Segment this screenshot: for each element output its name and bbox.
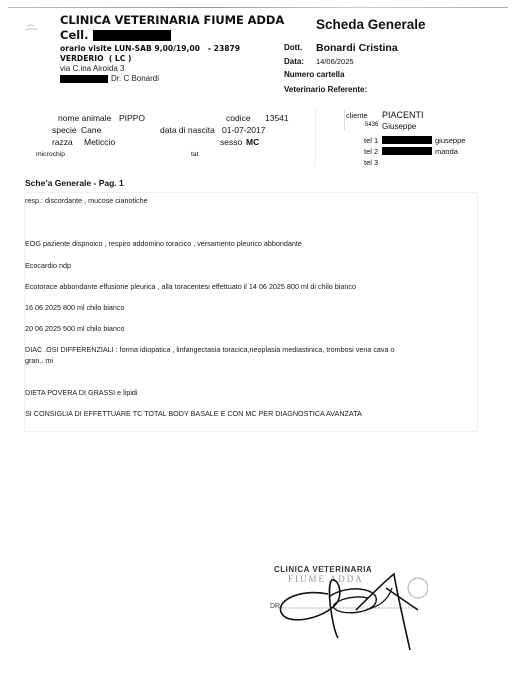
- clinic-address: via C.ina Airoida 3: [60, 64, 300, 73]
- data-label: Data:: [284, 57, 314, 66]
- redacted-phone: [382, 136, 432, 144]
- note-line: 20 06 2025 500 ml chilo bianco: [25, 324, 125, 333]
- tel3-label: tel 3: [364, 158, 378, 167]
- sesso-label: sesso: [220, 137, 242, 147]
- note-line: resp.: discordante , mucose cianotiche: [25, 196, 148, 205]
- signature-stamp: CLINICA VETERINARIA FIUME ADDA DR.: [268, 558, 428, 658]
- sheet-title: Scheda Generale: [316, 17, 426, 32]
- nascita-value: 01-07-2017: [222, 125, 265, 135]
- razza-value: Meticcio: [84, 137, 115, 147]
- vet-referente-label: Veterinario Referente:: [284, 85, 367, 94]
- cliente-label: cliente: [346, 111, 368, 120]
- note-line: 16 06 2025 800 ml chilo bianco: [25, 303, 125, 312]
- clinic-city: VERDERIO ( LC ): [60, 54, 300, 63]
- dott-value: Bonardi Cristina: [316, 42, 398, 54]
- signature-icon: CLINICA VETERINARIA FIUME ADDA DR.: [268, 558, 428, 658]
- microchip-label: microchip: [36, 151, 65, 158]
- dott-label: Dott.: [284, 43, 314, 52]
- redacted-phone: [382, 147, 432, 155]
- razza-label: razza: [52, 137, 73, 147]
- clinic-header: CLINICA VETERINARIA FIUME ADDA Cell. ora…: [60, 14, 300, 83]
- codice-value: 13541: [265, 113, 289, 123]
- note-line: EOG paziente dispnoico , respiro addomin…: [25, 239, 302, 248]
- top-rule: [8, 7, 508, 8]
- data-value: 14/06/2025: [316, 57, 354, 66]
- cliente-first-name: Giuseppe: [382, 122, 416, 131]
- header-meta: Dott.Bonardi Cristina Data:14/06/2025 Nu…: [284, 40, 398, 97]
- cliente-code: 5436: [365, 122, 378, 128]
- svg-text:CLINICA VETERINARIA: CLINICA VETERINARIA: [274, 565, 372, 574]
- clinic-name: CLINICA VETERINARIA FIUME ADDA: [60, 14, 300, 27]
- nome-value: PIPPO: [119, 113, 145, 123]
- nascita-label: data di nascita: [160, 125, 215, 135]
- specie-value: Cane: [81, 125, 101, 135]
- redacted-field: [60, 75, 108, 83]
- sesso-value: MC: [246, 137, 259, 147]
- cell-label: Cell.: [60, 28, 89, 42]
- tel2-name: manda: [435, 147, 458, 156]
- patient-info: nome animale PIPPO codice 13541 specie C…: [36, 108, 316, 166]
- clinic-doctor: Dr. C Bonardi: [111, 74, 159, 83]
- numero-cartella-label: Numero cartella: [284, 70, 344, 79]
- page-heading: Sche’a Generale - Pag. 1: [25, 178, 124, 188]
- note-line: SI CONSIGLIA DI EFFETTUARE TC TOTAL BODY…: [25, 409, 362, 418]
- note-line: DIETA POVERA DI GRASSI e lipidi: [25, 388, 138, 397]
- tel1-label: tel 1: [364, 136, 378, 145]
- tat-label: tat: [191, 151, 199, 158]
- note-line: gran.. mi: [25, 356, 53, 365]
- note-line: Ecocardio ndp: [25, 261, 71, 270]
- svg-text:FIUME ADDA: FIUME ADDA: [288, 574, 364, 584]
- clinic-cell: Cell.: [60, 28, 300, 42]
- divider: [344, 110, 345, 130]
- client-info: cliente PIACENTI 5436 Giuseppe tel 1 giu…: [342, 110, 512, 176]
- specie-label: specie: [52, 125, 77, 135]
- codice-label: codice: [226, 113, 251, 123]
- note-line: Ecotorace abbondante effusione pleurica …: [25, 282, 356, 291]
- redacted-phone: [93, 30, 171, 41]
- nome-label: nome animale: [58, 113, 111, 123]
- tel2-label: tel 2: [364, 147, 378, 156]
- clinic-doctor-line: Dr. C Bonardi: [60, 74, 300, 83]
- clinic-hours: orario visite LUN-SAB 9,00/19,00 - 23879: [60, 44, 300, 53]
- note-line: DIAC .OSI DIFFERENZIALI : forma idiopati…: [25, 345, 395, 354]
- clinic-logo-icon: ⌢⁀: [26, 18, 42, 44]
- tel1-name: giuseppe: [435, 136, 465, 145]
- cliente-surname: PIACENTI: [382, 110, 424, 120]
